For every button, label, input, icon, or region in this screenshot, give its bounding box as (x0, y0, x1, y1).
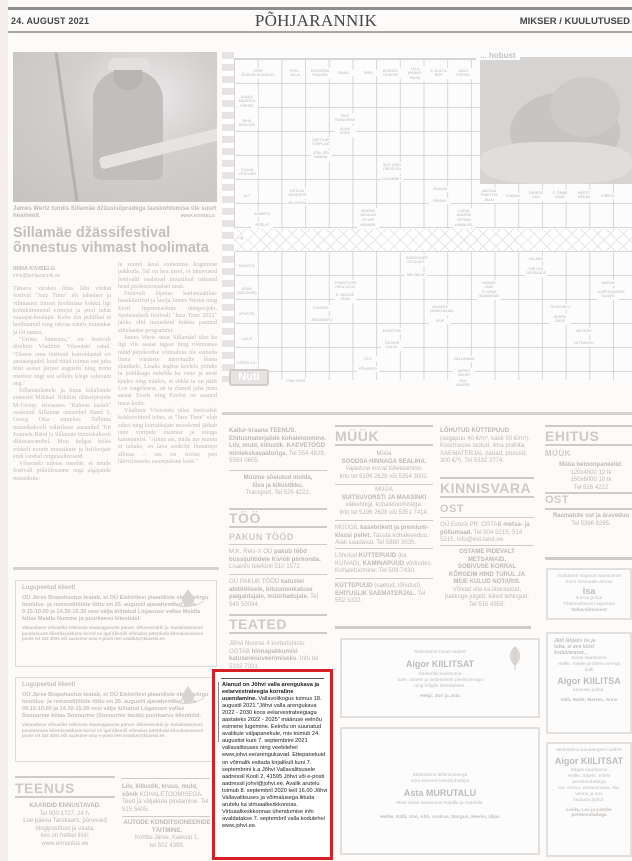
section-header-teated: TEATED (229, 616, 287, 632)
ad-line: SOBIVUSE KORRAL (438, 564, 536, 572)
crossword-clue: JUDO PESTAV (452, 68, 474, 79)
ad-bold: KÜTTEPUUD (359, 552, 397, 559)
obit-signature: Valli, Malle, Marten, Anne (554, 698, 624, 703)
obituary-box: Mälestame head naabrit Aigor KIILITSAT S… (340, 638, 540, 718)
obit-line: oma esimest klassijuhatajat (342, 779, 538, 785)
obit-line: ning kõigile lähedastele. (342, 684, 538, 690)
article-author-email: irina@pohjarannik.ee (13, 273, 60, 279)
crossword-clue: JÕKI JEB VANNAL (310, 150, 332, 161)
ad-tarot: KAARDID ENNUSTAVAD. Tel 900 1727, 24 h. … (15, 803, 115, 848)
crossword-clue: FRANTSUSE HELILOOJA (334, 280, 356, 291)
crossword-clue: MAKSIB JAKALAS ISTURI (357, 208, 379, 223)
crossword-clue: SIATOLAR TOEPLAAT (310, 137, 332, 148)
paragraph: Tänavu värskes õhus läbi viidud festival… (13, 286, 111, 337)
ad-text: Lisainfo telefonil 510 1572. (229, 563, 302, 570)
crossword-clue: ÕILIVUR KALAL (381, 340, 403, 351)
paragraph: Vladimir Võssotski ütles festivalist kok… (118, 408, 217, 466)
section-divider (335, 626, 531, 629)
ad-line: Tel 526 4222 (548, 485, 632, 493)
notice-body: Vallavolikogus toimus 18. augustil 2021 … (222, 696, 327, 829)
article-divider (13, 567, 219, 570)
ad-bold: LÕHUTUD KÜTTEPUUD (440, 427, 509, 434)
crossword-clue: ALMA SORE (334, 126, 356, 137)
section-rule (335, 444, 433, 446)
crossword-clue: E.MAUA (502, 193, 524, 199)
obituary-box: Mälestame kauaaegset naabrit Aigor KIILI… (546, 742, 632, 857)
section-rule (440, 496, 534, 498)
obit-line: isa, venna, vanavanaisa, äia, venna ja o… (552, 786, 626, 798)
ad-title: SUITSUVORSTI JA MAASINKI (333, 495, 435, 503)
obit-name: Asta MURUTALU (342, 788, 538, 798)
ad-line: Kohtla-Järve, Kaevuri 1, (120, 835, 214, 843)
ad-line: Info tel 5196 2628 või 5351 7414. (333, 510, 435, 518)
ad-line: Vajaduse korral tükeldamine. (333, 466, 435, 474)
obituary-box: Jäid lähjaks õu ja tuba, ei ava küisi ko… (546, 632, 632, 734)
ad-text: (segapuu 40 €/m³, kask 50 €/m³). Koormas… (440, 435, 530, 465)
crossword-clue: SIB SÄLDE (405, 272, 427, 278)
highlighted-notice-johvi[interactable]: Alanud on Jõhvi valla arengukava ja eela… (212, 669, 333, 860)
ad-konditsioneer: AUTODE KONDITSIONEERIDE TÄITMINE. Kohtla… (120, 820, 214, 850)
notice-footnote: Vabandame võimalike tekkivate ebamugavus… (22, 625, 210, 642)
ad-text: OÜ PAKUB TÖÖD (229, 578, 281, 585)
crossword-clue: SUMMITE (251, 211, 273, 217)
crossword-clue: USIP (429, 318, 451, 324)
crossword-clue: TALA (PARKE-PAUS) (404, 66, 426, 81)
ad-lohutud-segapuu: LÕHUTUD KÜTTEPUUD (segapuu 40 €/m³, kask… (440, 427, 534, 465)
crossword-clue: TARA (357, 70, 379, 76)
notice-text: Alanud on Jõhvi valla arengukava ja eela… (222, 682, 328, 830)
paragraph: Sillamäelastele ja linna külalistele esi… (13, 388, 111, 461)
article-author: IRINA KIVISELG (13, 266, 55, 272)
crossword-clue: E. KULTU-RIST (428, 68, 450, 79)
crossword-clue: KERGEK-OUSCHE (380, 68, 402, 79)
ad-kallur: Kallur-kraana TEENUS. Ehitusmaterjalide … (229, 427, 327, 465)
ad-line: METSAMAID, (438, 557, 536, 565)
section-header-muuk: MÜÜK (335, 428, 379, 444)
ad-divider (440, 545, 534, 546)
article-column-2: le suurel laval esinemise kogemust pakku… (118, 262, 217, 466)
ad-text: (saetud, lõhutud). (373, 582, 422, 589)
obit-signature: Helbe, Külli, Ulvi, Ahti, Andrus, Margus… (342, 815, 538, 820)
crossword-clue: LAEVA AJATRIK ISTIMIN (453, 208, 475, 223)
water-notice-soonurme: Lugupeetud klient! OÜ Järve Biopuhastus … (15, 677, 217, 762)
ad-estest: OÜ Estest PR: OSTAB metsa- ja põllumaad.… (440, 521, 534, 544)
section-header-pakun-tood: PAKUN TÖÖD (229, 532, 294, 542)
ad-noorus: Jõhvi Noorse 4 korteriühistu OOTAB hinna… (229, 640, 327, 670)
ad-muld: Müüme sõelutud mulda, liiva ja killustik… (229, 475, 327, 498)
section-header-ost: OST (440, 503, 464, 515)
ad-divider (335, 578, 433, 579)
crossword-clue: VELJAPUU (286, 200, 308, 206)
crossword-clue: DELLINAMA (453, 356, 475, 362)
ad-title: KAARDID ENNUSTAVAD. (15, 803, 115, 811)
ad-line: kes on hetkel liinil: (15, 833, 115, 841)
paragraph: Võssotski tuletas meelde, et nende festi… (13, 461, 111, 483)
crossword-clue: ISADUM (429, 186, 451, 192)
paragraph: James Werts astus Sillamäel üles ka ligi… (118, 335, 217, 408)
ad-divider (229, 574, 327, 575)
crossword-clue: LEO (357, 356, 379, 362)
obit-line: kalli (554, 668, 624, 674)
crossword-photo-title: ... hobust (476, 51, 520, 60)
crossword-clue: ULTRAVIKU (573, 340, 595, 346)
ad-line: KÕRGEIM HIND TURUL JA (438, 572, 536, 580)
paragraph: Festivali lõpetas karismaatilise basskit… (118, 291, 217, 335)
ad-saetud-kuttepuud: KÜTTEPUUD (saetud, lõhutud). EHITUSLIK S… (335, 582, 433, 605)
crossword-clue: NIIMALIRE (453, 222, 475, 228)
ad-title: AUTODE KONDITSIONEERIDE TÄITMINE. (120, 820, 214, 835)
crossword-clue: KÕÕGI VILI (236, 360, 258, 366)
crossword-clue: TIKSKUKELI (549, 304, 571, 310)
crossword-clue: OSTUJA VERSUSTE (286, 188, 308, 199)
ad-katused: OÜ PAKUB TÖÖD katustel abitöölisele, bit… (229, 578, 327, 608)
header-top-rule (8, 7, 632, 10)
ad-text: M.K. Reis-X OÜ (229, 548, 274, 555)
article-column-1: Tänavu värskes õhus läbi viidud festival… (13, 286, 111, 483)
section-rule (335, 425, 433, 427)
crossword-clue: EKSEITISE (381, 328, 403, 334)
section-header-ehitus: EHITUS (545, 428, 599, 444)
paragraph: le suurel laval esinemise kogemust pakku… (118, 262, 217, 291)
section-rule (229, 632, 327, 634)
crossword-clue: IMPRO SATUR (453, 368, 475, 379)
ad-line: liiva ja killustikku. (229, 483, 327, 491)
crossword-clue: SIRELIR (251, 222, 273, 228)
ad-line: Transport. Tel 526 4222. (229, 490, 327, 498)
section-header-too: TÖÖ (229, 510, 261, 526)
ad-line: MEIE KULUD NOTARIS. (438, 579, 536, 587)
crossword-clue: EMALL (333, 70, 355, 76)
section-rule (229, 526, 327, 528)
ad-text: OÜ Estest PR: OSTAB (440, 521, 503, 528)
section-rule (440, 477, 534, 479)
section-rule (15, 776, 115, 778)
crossword-clue: KOOSÕNA PEALINN (309, 68, 331, 79)
section-header-ehitus-muuk: MÜÜK (545, 449, 571, 458)
ad-bold: KÜTTEPUUD (335, 582, 373, 589)
arrow-right-icon: ⇢ (236, 234, 244, 244)
crossword-clue: PIKE ISSAT (285, 378, 307, 384)
ad-suitsuvorst: MÜÜA SUITSUVORSTI JA MAASINKI väikehulgi… (333, 487, 435, 517)
crossword-clue: PEEL-VILLA (285, 68, 305, 79)
section-header-ost-2: OST (545, 494, 569, 506)
obit-poem: Jäid lähjaks õu ja tuba, ei ava küisi ko… (554, 638, 604, 656)
ad-reis-x: M.K. Reis-X OÜ pakub tööd bussijuhtidele… (229, 548, 327, 571)
issue-date: 24. AUGUST 2021 (11, 16, 89, 26)
obit-name: Aigor KIILITSA (554, 676, 624, 686)
crossword-clue: KIRIRIO (597, 193, 619, 199)
crossword-clue: VELANG (525, 256, 547, 262)
crossword-photo (480, 57, 632, 184)
obit-name: Isa (548, 586, 630, 596)
ad-divider (335, 548, 433, 549)
ad-raamatud: Raamatute ost ja äraveduu Tel 5396 8295. (548, 513, 632, 528)
ad-line: OSTAME PIDEVALT (438, 549, 536, 557)
ad-line: Võivad olla ka läbiraiutud, (438, 587, 536, 595)
ad-sealiha: Müüa SOODSA HINNAGA SEALIHA. Vajaduse ko… (333, 451, 435, 481)
ad-line: Loe päeva Tarokaarti, põnevaid (15, 818, 115, 826)
ad-line: 150x6000 10 tk (548, 477, 632, 485)
crossword-clue: ÕKE VALERE (452, 378, 474, 389)
article-photo (13, 52, 217, 202)
crossword-clue: VENE ÕUDUSKIRJANDUS (236, 68, 280, 79)
ad-link: www.ennustus.ee (15, 841, 115, 849)
notice-side-bar (218, 682, 219, 742)
obit-line: kaotuse puhul. (552, 798, 626, 804)
section-rule (229, 544, 327, 545)
obit-signature: Helgi, Jüri ja Juta (342, 694, 538, 699)
ad-line: tel 502 4399. (120, 843, 214, 851)
section-header-teenus: TEENUS (15, 780, 75, 796)
section-header-kinnisvara: KINNISVARA (440, 480, 531, 496)
crossword-clue: MEYERS (573, 328, 595, 334)
crossword-index-column (222, 52, 234, 382)
crossword-clue: ATIKIL (MALDIVID) (236, 286, 258, 297)
crossword-clue: E. NAGIOK JAAN (334, 292, 356, 303)
ad-bold: EHITUSLIK SAEMATERJAL. (335, 590, 416, 597)
crossword-clue: KÄNNER (357, 222, 379, 228)
section-divider (545, 557, 632, 560)
crossword-clue: APOSTEL (236, 311, 258, 317)
crossword-clue: ISSAESE (310, 305, 332, 311)
notice-top-rule (221, 678, 324, 679)
photo-credit: IRINA KIVISELG (181, 213, 215, 218)
ad-text: Lõhutud (335, 552, 359, 559)
obit-line: kaotuse puhul. (554, 688, 624, 694)
crossword-clue: SIJE (ONO DREISON) (381, 162, 403, 173)
ad-line: väikehulgi, kohaletoomisega. (333, 502, 435, 510)
crossword-divider (222, 412, 632, 415)
obit-name: Aigor KIILITSAT (552, 756, 626, 766)
obit-signature: Leida, Lea ja Lembe perekondadega (552, 808, 626, 818)
ad-line: MÜÜA (333, 487, 435, 495)
crossword-clue: EJALIA VETKLUBI (236, 167, 258, 178)
obit-line: Hellle, Sirjele, Ellele perekondadega (552, 774, 626, 786)
crossword-clue: ALT (236, 193, 258, 199)
crossword-clue: PIKE RUNOSPAR (334, 113, 356, 124)
obit-line: Mälestame kauaaegset naabrit (552, 748, 626, 754)
crossword-clue: SIIR LEO OUSSAADE (525, 266, 547, 277)
crossword-clue: KAVAA MAJESTU VÕRSEL (236, 94, 258, 109)
ad-lohutud-kuttepuud: Lõhutud KÜTTEPUUD (ka KUIVAD), KAMINAPUU… (335, 552, 433, 575)
ad-divider (335, 520, 433, 521)
ad-brikett: MÜÜGIL kasebrikett ja premium-klassi pel… (335, 524, 433, 547)
ad-divider (122, 816, 210, 817)
leaf-icon (506, 644, 524, 670)
ad-betoonpaneelid: Müüa betoonpaneelid: 120x4800 12 tk 150x… (548, 462, 632, 492)
ad-liiv: Liiv, killustik, kruus, muld, sõnik KOHA… (122, 783, 212, 813)
crossword-solution-band (234, 229, 632, 251)
ad-line: Tel 516 4959. (438, 602, 536, 610)
crossword-clue: LAIUS (236, 336, 258, 342)
page-edge (0, 0, 8, 861)
obituary-box: Mälestame lähiinimesega oma esimest klas… (340, 727, 540, 855)
ad-line: Müüa (333, 451, 435, 459)
ad-line: 120x4800 12 tk (548, 470, 632, 478)
crossword-clue: KERPA DUSE (549, 314, 571, 325)
crossword-clue: ÜLEAMINIT (381, 176, 403, 182)
obituary-box: Avaldame sügavat kaastunnet Sven Oismaal… (546, 568, 632, 620)
water-notice-maidla: Lugupeetud klient! OÜ Järve Biopuhastus … (15, 580, 217, 667)
section-rule (545, 425, 632, 427)
ad-line: blogipostitusi ja vaata, (15, 826, 115, 834)
section-name: MIKSER / KUULUTUSED (520, 16, 630, 27)
crossword-clue: RIHU DIOLODE (236, 118, 258, 129)
ad-title: SOODSA HINNAGA SEALIHA. (333, 459, 435, 467)
crossword-clue: FARESE LAIV (525, 190, 547, 201)
crossword-clue: KAREDNAIRIKE SAJAFE (597, 289, 619, 300)
crossword-clue: PÕHIPEEV (357, 366, 379, 372)
obit-signature: Vallavalitsusest (548, 608, 630, 613)
crossword-clue: RADOONIER ISTULUKT (405, 255, 427, 266)
ad-ostame-metsamaid: OSTAME PIDEVALT METSAMAID, SOBIVUSE KORR… (438, 549, 536, 609)
section-rule (15, 796, 115, 798)
crossword-clue: PIRAHU (429, 198, 451, 204)
nuti-logo: Nuti (229, 369, 269, 386)
header-bottom-rule (8, 31, 632, 33)
crossword-clue: E. ÕMBE SAAR (549, 190, 571, 201)
ad-text: MÜÜGIL (335, 524, 360, 531)
ad-line: Tel 5396 8295. (548, 521, 632, 529)
ad-divider (335, 484, 433, 485)
crossword-clue: S ULEMI SUMIMGAN (477, 289, 501, 300)
article-headline: Sillamäe džässifestival õnnestus vihmast… (13, 226, 223, 256)
ad-title: Müüa betoonpaneelid: (548, 462, 632, 470)
crossword-clue: MUUSTIK (236, 263, 258, 269)
ad-line: Tel 900 1727, 24 h. (15, 811, 115, 819)
notice-footnote: Vabandame võimalike tekkivate ebamugavus… (22, 722, 210, 739)
ad-line: Müüme sõelutud mulda, (229, 475, 327, 483)
crossword-clue: JÄRJANDRO (310, 317, 332, 323)
crossword-clue: JANAKEE (AKSELSKAA) (429, 304, 451, 315)
ad-line: pakkuge julgelt, kiired tehingud. (438, 594, 536, 602)
obit-line: Meie siiras kaastunne Raidile ja Katrini… (342, 801, 538, 807)
ad-bold: KAMINAPUUD (363, 560, 405, 567)
section-rule (545, 508, 632, 510)
water-drop-logo-icon (168, 587, 208, 609)
crossword-clue: NAPUM (597, 280, 619, 286)
photo-caption: James Wertz tundis Sillamäe džässisõprad… (13, 206, 217, 220)
ad-divider (229, 470, 327, 471)
water-drop-logo-icon (168, 684, 208, 706)
ad-line: Info tel 5196 2628 või 5354 3002. (333, 474, 435, 482)
section-rule (440, 517, 534, 518)
paragraph: "Üritus õnnestus," on festivali direktor… (13, 337, 111, 388)
crossword-clue: MEEST KÕDAS (573, 190, 595, 201)
newspaper-page: PÕHJARANNIK 24. AUGUST 2021 MIKSER / KUU… (0, 0, 632, 861)
crossword-clue: MAGINA TRAKTORI JAAM (478, 188, 500, 203)
ad-divider (122, 778, 210, 779)
ad-title: Raamatute ost ja äraveduu (548, 513, 632, 521)
section-rule (545, 444, 632, 446)
